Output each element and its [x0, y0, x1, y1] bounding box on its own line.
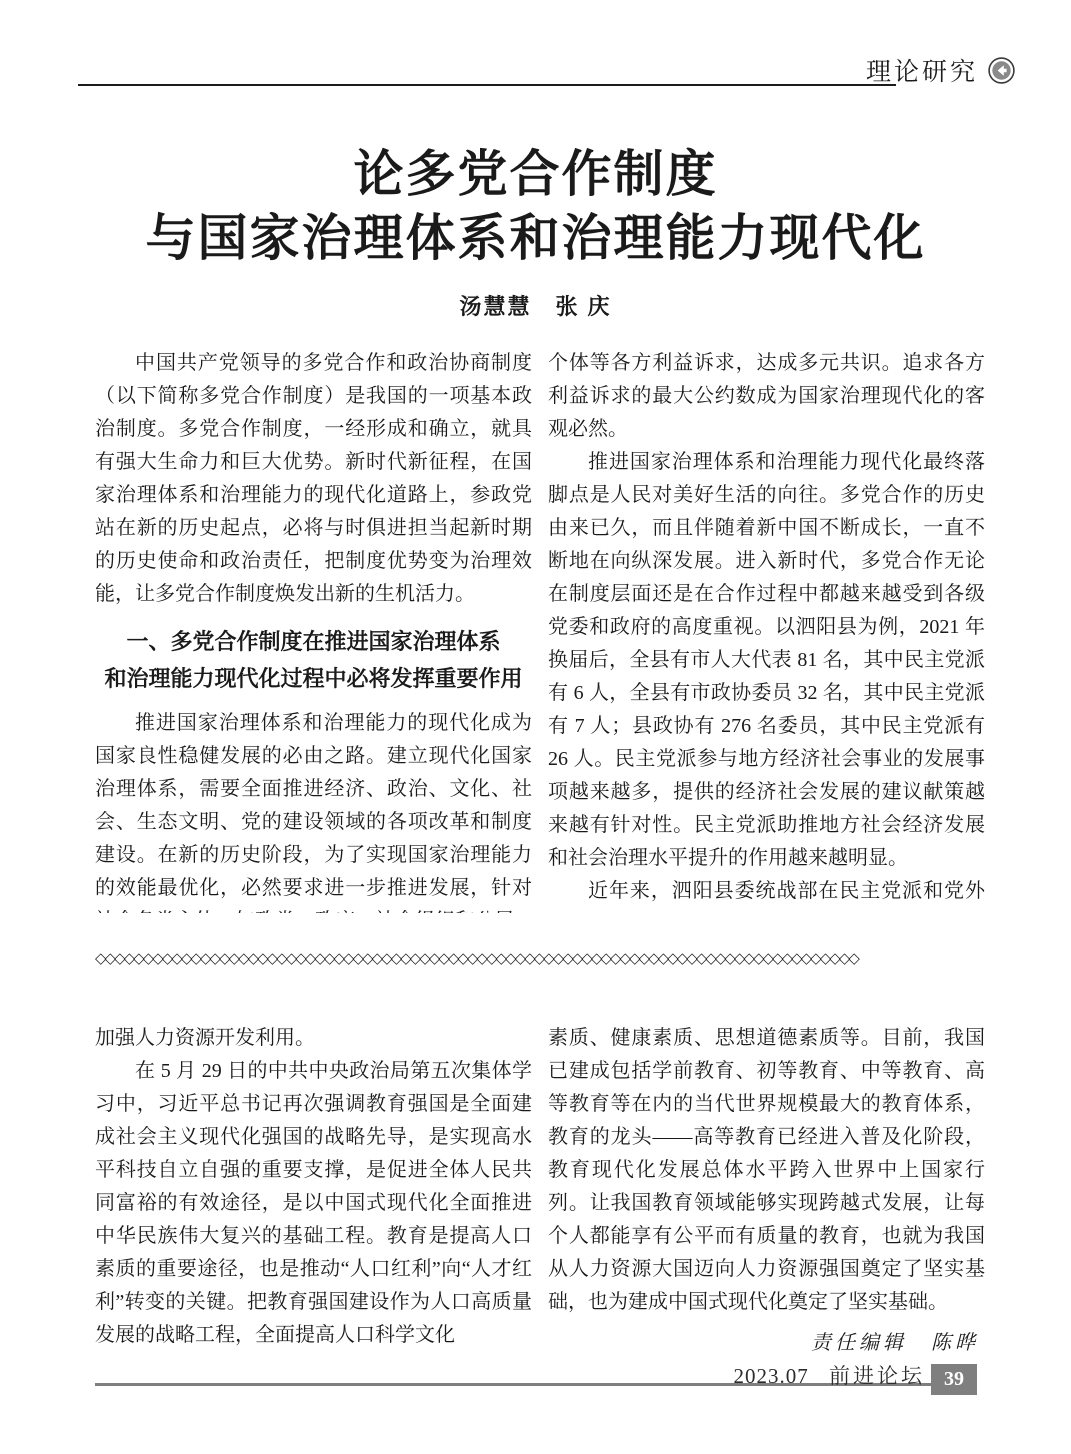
paragraph: 近年来，泗阳县委统战部在民主党派和党外人士办公条件、经费上都给予了很好的保障，同 — [548, 875, 985, 913]
paragraph: 个体等各方利益诉求，达成多元共识。追求各方利益诉求的最大公约数成为国家治理现代化… — [548, 347, 985, 446]
paragraph: 推进国家治理体系和治理能力现代化最终落脚点是人民对美好生活的向往。多党合作的历史… — [548, 446, 985, 875]
paragraph: 中国共产党领导的多党合作和政治协商制度（以下简称多党合作制度）是我国的一项基本政… — [95, 347, 532, 611]
article-bottom-left-column: 加强人力资源开发利用。 在 5 月 29 日的中共中央政治局第五次集体学习中，习… — [95, 1022, 532, 1354]
header-rule — [78, 84, 896, 86]
article-bottom-right-column: 素质、健康素质、思想道德素质等。目前，我国已建成包括学前教育、初等教育、中等教育… — [548, 1022, 985, 1354]
article-top: 中国共产党领导的多党合作和政治协商制度（以下简称多党合作制度）是我国的一项基本政… — [95, 347, 985, 913]
article-title-line1: 论多党合作制度 — [0, 142, 1071, 206]
page-number-badge: 39 — [931, 1364, 977, 1395]
footer-text: 2023.07 前进论坛 — [95, 1360, 925, 1390]
section-label: 理论研究 — [866, 52, 978, 88]
section-heading-line2: 和治理能力现代化过程中必将发挥重要作用 — [95, 660, 532, 697]
article-title-line2: 与国家治理体系和治理能力现代化 — [0, 206, 1071, 270]
article-top-left-column: 中国共产党领导的多党合作和政治协商制度（以下简称多党合作制度）是我国的一项基本政… — [95, 347, 532, 913]
section-heading: 一、多党合作制度在推进国家治理体系 和治理能力现代化过程中必将发挥重要作用 — [95, 623, 532, 697]
article-top-right-column: 个体等各方利益诉求，达成多元共识。追求各方利益诉求的最大公约数成为国家治理现代化… — [548, 347, 985, 913]
journal-page: 理论研究 论多党合作制度 与国家治理体系和治理能力现代化 汤慧慧 张 庆 中国共… — [0, 0, 1071, 1454]
paragraph: 加强人力资源开发利用。 — [95, 1022, 532, 1055]
responsible-editor: 责任编辑 陈晔 — [548, 1327, 985, 1354]
back-arrow-circle-icon — [988, 57, 1015, 84]
article-title: 论多党合作制度 与国家治理体系和治理能力现代化 — [0, 142, 1071, 270]
authors: 汤慧慧 张 庆 — [0, 290, 1071, 321]
header-section: 理论研究 — [866, 52, 1015, 88]
paragraph: 在 5 月 29 日的中共中央政治局第五次集体学习中，习近平总书记再次强调教育强… — [95, 1055, 532, 1352]
paragraph: 素质、健康素质、思想道德素质等。目前，我国已建成包括学前教育、初等教育、中等教育… — [548, 1022, 985, 1319]
footer-journal-name: 前进论坛 — [829, 1364, 925, 1388]
footer-issue: 2023.07 — [734, 1364, 809, 1388]
section-heading-line1: 一、多党合作制度在推进国家治理体系 — [95, 623, 532, 660]
paragraph: 推进国家治理体系和治理能力的现代化成为国家良性稳健发展的必由之路。建立现代化国家… — [95, 707, 532, 913]
article-bottom: 加强人力资源开发利用。 在 5 月 29 日的中共中央政治局第五次集体学习中，习… — [95, 1022, 985, 1354]
diamond-chain-divider: ◇◇◇◇◇◇◇◇◇◇◇◇◇◇◇◇◇◇◇◇◇◇◇◇◇◇◇◇◇◇◇◇◇◇◇◇◇◇◇◇… — [95, 952, 985, 967]
